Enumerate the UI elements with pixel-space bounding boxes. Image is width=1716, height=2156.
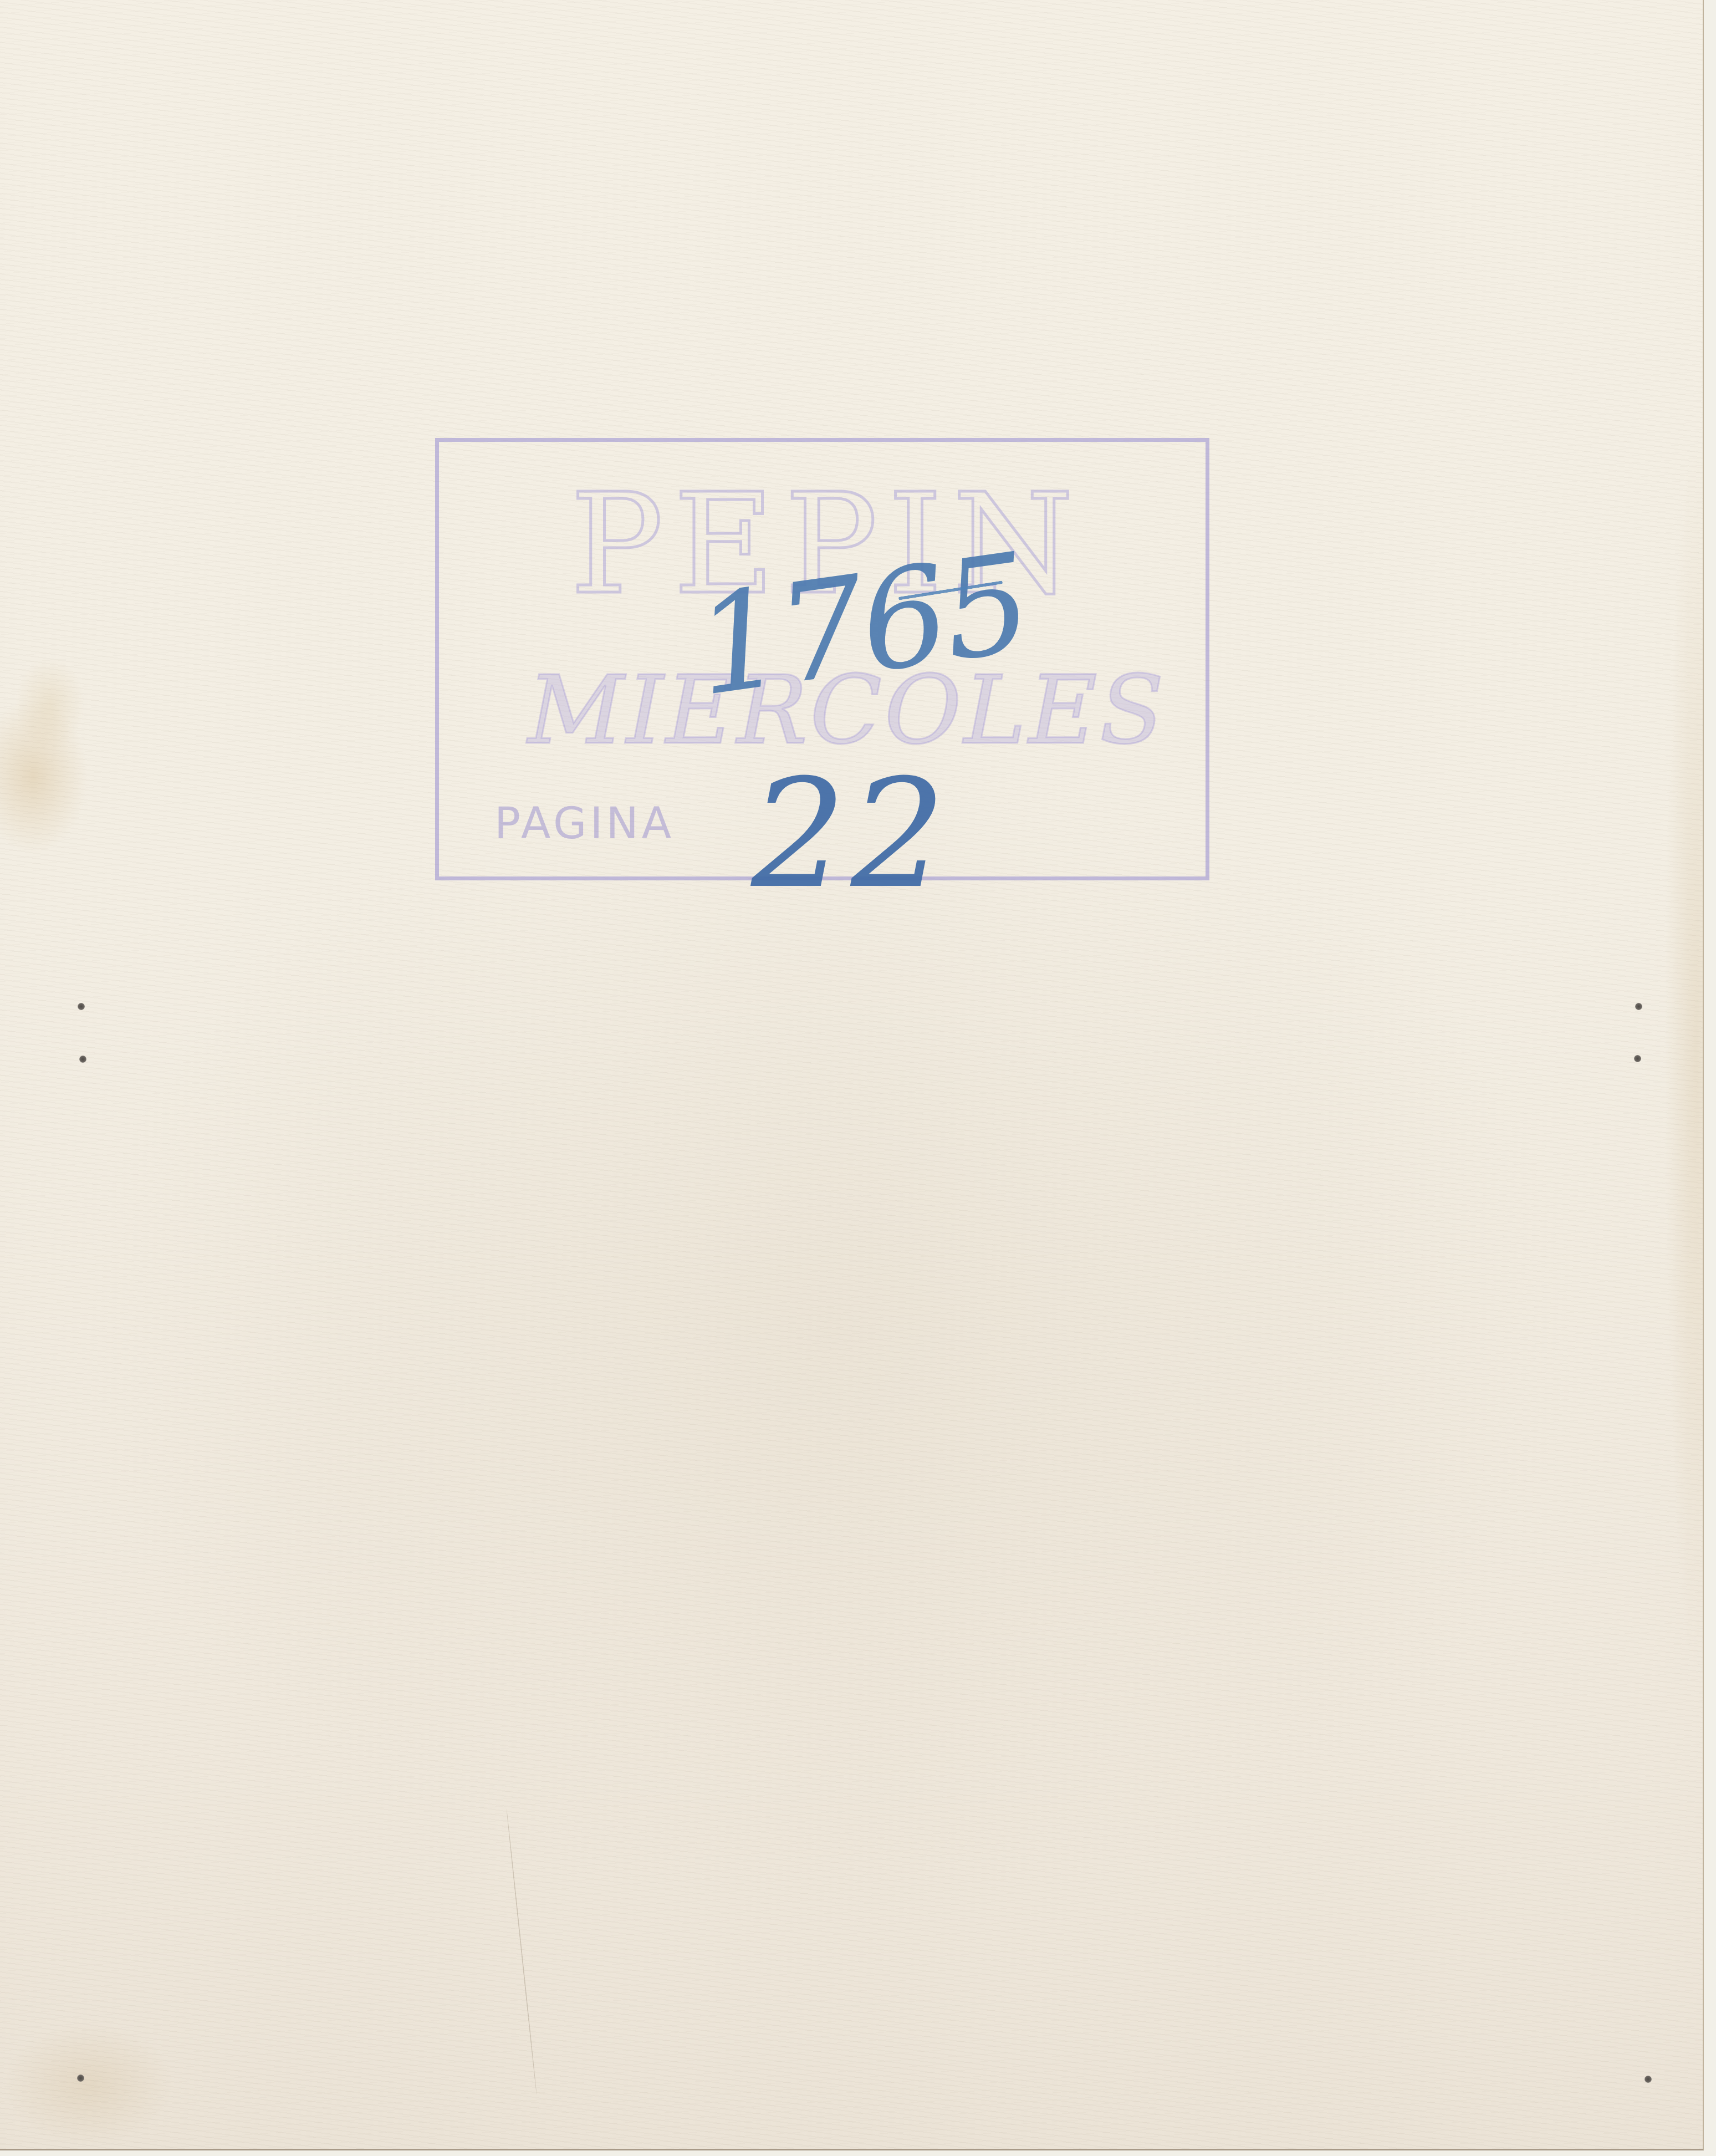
- pin-hole-icon: [78, 1003, 85, 1010]
- handwritten-page-number: 22: [751, 760, 951, 909]
- pin-hole-icon: [1635, 1003, 1642, 1010]
- paper-card: PEPIN MIERCOLES PAGINA 1765 22: [0, 0, 1704, 2150]
- stamp-page-label: PAGINA: [494, 802, 675, 845]
- pin-hole-icon: [1644, 2076, 1652, 2083]
- pin-hole-icon: [77, 2075, 84, 2082]
- pin-hole-icon: [1634, 1055, 1641, 1062]
- paper-texture: [0, 0, 1703, 2149]
- pin-hole-icon: [79, 1056, 86, 1063]
- paper-crease: [506, 1808, 537, 2094]
